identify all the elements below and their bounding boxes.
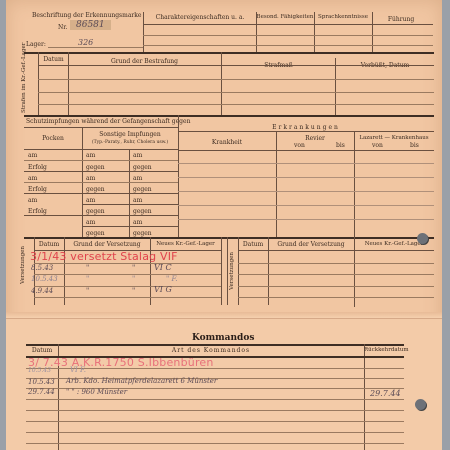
col-revier: Revier	[276, 135, 354, 142]
col-illness: Krankheit	[178, 139, 276, 146]
transfer-stamp: 3/1/43 versetzt Stalag VIF	[30, 250, 178, 263]
col-hospital: Lazarett — Krankenhaus	[354, 135, 434, 142]
divider	[26, 410, 404, 411]
divider	[178, 191, 434, 192]
divider	[24, 193, 178, 194]
other-am: am	[86, 219, 95, 226]
other-gegen: gegen	[86, 186, 105, 193]
divider	[178, 177, 434, 178]
col-languages: Sprachkenntnisse	[314, 14, 372, 21]
kommando-type: VI F.	[70, 366, 86, 374]
nr-label: Nr.	[58, 24, 67, 31]
divider	[24, 149, 178, 150]
pox-erfolg-1: Erfolg	[28, 164, 47, 171]
divider	[34, 286, 221, 287]
divider	[38, 104, 434, 105]
divider	[26, 399, 404, 400]
revier-von: von	[294, 142, 305, 149]
pox-am-2: am	[28, 175, 37, 182]
divider	[24, 171, 178, 172]
tag-label: Beschriftung der Erkennungsmarke	[32, 12, 141, 19]
divider	[24, 215, 178, 216]
kommandos-panel: Kommandos Datum Art des Kommandos Rückke…	[6, 318, 442, 450]
other-gegen: gegen	[133, 186, 152, 193]
transfer-camp: VI G	[154, 285, 172, 294]
punch-hole	[417, 233, 428, 244]
kommando-type: Arb. Kdo. Heimatpferdelazarett 6 Münster	[66, 377, 217, 385]
divider	[238, 286, 434, 287]
nr-value: 86581	[70, 20, 111, 30]
divider	[38, 92, 434, 93]
divider	[178, 131, 434, 132]
divider	[24, 182, 178, 183]
divider	[26, 432, 404, 433]
other-am: am	[133, 219, 142, 226]
kommandos-title: Kommandos	[192, 333, 254, 343]
transfer-reason: "	[132, 264, 135, 272]
other-am: am	[86, 152, 95, 159]
divider	[26, 344, 404, 346]
divider	[238, 297, 434, 298]
transfers-side-label-2: Versetzungen	[229, 248, 235, 294]
pow-record-card: Beschriftung der Erkennungsmarke Nr. 865…	[6, 0, 442, 450]
divider	[34, 263, 221, 264]
divider	[143, 45, 433, 46]
kommando-date: 29.7.44	[28, 388, 55, 396]
divider	[26, 443, 404, 444]
col-reason: Grund der Versetzung	[268, 241, 354, 248]
col-other-sub: (Typ.-Paraty., Ruhr, Cholera usw.)	[82, 139, 178, 146]
divider	[82, 204, 178, 205]
divider	[178, 163, 434, 164]
divider	[276, 131, 277, 237]
transfers-side-label: Versetzungen	[20, 240, 26, 290]
divider	[24, 237, 434, 239]
col-character: Charaktereigenschaften u. a.	[144, 14, 256, 21]
transfer-camp: VI C	[154, 263, 172, 272]
other-gegen: gegen	[86, 164, 105, 171]
divider	[24, 115, 434, 117]
divider	[221, 237, 222, 305]
col-type: Art des Kommandos	[58, 347, 364, 354]
hospital-bis: bis	[410, 142, 419, 149]
lager-value: 326	[78, 38, 93, 47]
kommando-type: " " : 960 Münster	[66, 388, 127, 396]
divider	[34, 274, 221, 275]
transfer-date: 10.5.43	[31, 275, 58, 283]
vaccinations-title: Schutzimpfungen während der Gefangenscha…	[26, 118, 190, 125]
divider	[178, 219, 434, 220]
col-return: Rückkehrdatum	[364, 347, 404, 354]
punch-hole	[415, 399, 426, 410]
divider	[238, 274, 434, 275]
other-am: am	[133, 175, 142, 182]
transfer-date: 8.5.43	[31, 264, 53, 272]
punishments-side-label: Strafen im Kr.-Gef.-Lager	[21, 53, 27, 113]
revier-bis: bis	[336, 142, 345, 149]
other-am: am	[133, 152, 142, 159]
other-am: am	[86, 197, 95, 204]
col-camp: Neues Kr.-Gef.-Lager	[150, 241, 221, 248]
other-gegen: gegen	[86, 208, 105, 215]
other-gegen: gegen	[133, 230, 152, 237]
divider	[38, 65, 434, 66]
col-date: Datum	[238, 241, 268, 248]
divider	[364, 344, 365, 450]
transfer-reason: "	[132, 275, 135, 283]
pox-erfolg-2: Erfolg	[28, 186, 47, 193]
col-date: Datum	[39, 56, 68, 63]
col-special: Besond. Fähigkeiten	[256, 14, 314, 21]
divider	[227, 237, 228, 305]
other-gegen: gegen	[133, 164, 152, 171]
col-reason: Grund der Bestrafung	[68, 58, 221, 65]
divider	[38, 79, 434, 80]
transfer-reason: "	[86, 287, 89, 295]
divider	[34, 297, 221, 298]
other-gegen: gegen	[86, 230, 105, 237]
col-other: Sonstige Impfungen	[82, 131, 178, 138]
kommando-date: 10.5.43	[28, 378, 55, 386]
divider	[354, 131, 355, 237]
hospital-von: von	[372, 142, 383, 149]
divider	[143, 24, 433, 25]
divider	[24, 127, 178, 128]
col-conduct: Führung	[372, 16, 430, 23]
other-am: am	[86, 175, 95, 182]
divider	[26, 421, 404, 422]
transfer-reason: "	[86, 275, 89, 283]
lager-label: Lager:	[26, 41, 46, 48]
divider	[143, 35, 433, 36]
divider	[178, 150, 434, 151]
lager-line	[48, 47, 143, 48]
divider	[82, 226, 178, 227]
col-reason: Grund der Versetzung	[64, 241, 150, 248]
col-pox: Pocken	[24, 135, 82, 142]
pox-am-3: am	[28, 197, 37, 204]
divider	[238, 250, 434, 251]
divider	[24, 160, 178, 161]
col-date: Datum	[34, 241, 64, 248]
transfer-reason: "	[132, 287, 135, 295]
transfer-reason: "	[86, 264, 89, 272]
transfer-date: 4.9.44	[31, 287, 53, 295]
transfer-camp: " F.	[166, 275, 177, 283]
other-am: am	[133, 197, 142, 204]
divider	[178, 205, 434, 206]
divider	[24, 52, 434, 54]
pox-erfolg-3: Erfolg	[28, 208, 47, 215]
other-gegen: gegen	[133, 208, 152, 215]
col-date: Datum	[26, 347, 58, 354]
illnesses-title: Erkrankungen	[178, 124, 434, 131]
kommando-return: 29.7.44	[370, 389, 401, 398]
kommando-date: 10.5.43	[28, 367, 51, 374]
pox-am-1: am	[28, 152, 37, 159]
divider	[238, 263, 434, 264]
